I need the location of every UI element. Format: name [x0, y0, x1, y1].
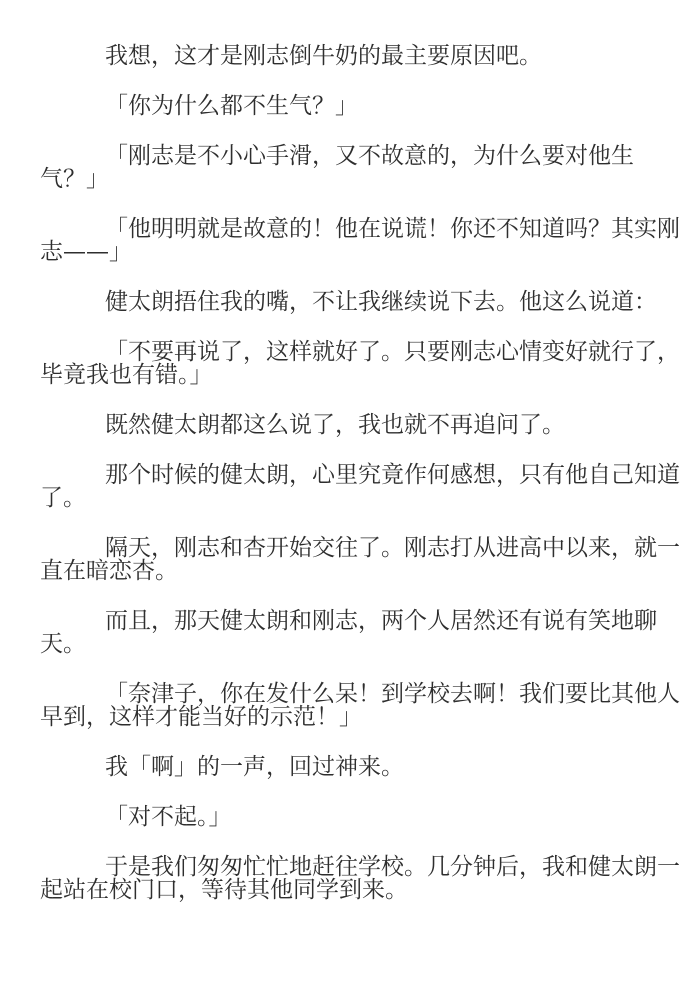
text-line: 我想，这才是刚志倒牛奶的最主要原因吧。	[40, 45, 648, 68]
text-line: 早到，这样才能当好的示范！」	[40, 706, 648, 729]
text-line: 我「啊」的一声，回过神来。	[40, 756, 648, 779]
paragraph: 既然健太朗都这么说了，我也就不再追问了。	[40, 414, 648, 437]
text-line: 毕竟我也有错。」	[40, 364, 648, 387]
text-line: 于是我们匆匆忙忙地赶往学校。几分钟后，我和健太朗一	[40, 856, 648, 879]
text-line: 气？」	[40, 168, 648, 191]
text-line: 起站在校门口，等待其他同学到来。	[40, 879, 648, 902]
text-line: 志——」	[40, 241, 648, 264]
text-line: 天。	[40, 633, 648, 656]
text-line: 那个时候的健太朗，心里究竟作何感想，只有他自己知道	[40, 464, 648, 487]
text-line: 既然健太朗都这么说了，我也就不再追问了。	[40, 414, 648, 437]
paragraph: 那个时候的健太朗，心里究竟作何感想，只有他自己知道 了。	[40, 464, 648, 510]
paragraph: 隔天，刚志和杏开始交往了。刚志打从进高中以来，就一 直在暗恋杏。	[40, 537, 648, 583]
text-line: 隔天，刚志和杏开始交往了。刚志打从进高中以来，就一	[40, 537, 648, 560]
paragraph: 「你为什么都不生气？」	[40, 95, 648, 118]
text-line: 「对不起。」	[40, 806, 648, 829]
book-page: 我想，这才是刚志倒牛奶的最主要原因吧。 「你为什么都不生气？」 「刚志是不小心手…	[0, 0, 700, 992]
text-line: 「不要再说了，这样就好了。只要刚志心情变好就行了，	[40, 341, 648, 364]
paragraph: 我想，这才是刚志倒牛奶的最主要原因吧。	[40, 45, 648, 68]
text-line: 而且，那天健太朗和刚志，两个人居然还有说有笑地聊	[40, 610, 648, 633]
text-line: 「奈津子，你在发什么呆！到学校去啊！我们要比其他人	[40, 683, 648, 706]
text-line: 「你为什么都不生气？」	[40, 95, 648, 118]
paragraph: 「不要再说了，这样就好了。只要刚志心情变好就行了， 毕竟我也有错。」	[40, 341, 648, 387]
paragraph: 「刚志是不小心手滑，又不故意的，为什么要对他生 气？」	[40, 145, 648, 191]
text-line: 「刚志是不小心手滑，又不故意的，为什么要对他生	[40, 145, 648, 168]
text-line: 直在暗恋杏。	[40, 560, 648, 583]
text-line: 「他明明就是故意的！他在说谎！你还不知道吗？其实刚	[40, 218, 648, 241]
text-line: 了。	[40, 487, 648, 510]
paragraph: 「他明明就是故意的！他在说谎！你还不知道吗？其实刚 志——」	[40, 218, 648, 264]
paragraph: 于是我们匆匆忙忙地赶往学校。几分钟后，我和健太朗一 起站在校门口，等待其他同学到…	[40, 856, 648, 902]
paragraph: 而且，那天健太朗和刚志，两个人居然还有说有笑地聊 天。	[40, 610, 648, 656]
text-line: 健太朗捂住我的嘴，不让我继续说下去。他这么说道：	[40, 291, 648, 314]
paragraph: 「对不起。」	[40, 806, 648, 829]
paragraph: 健太朗捂住我的嘴，不让我继续说下去。他这么说道：	[40, 291, 648, 314]
paragraph: 我「啊」的一声，回过神来。	[40, 756, 648, 779]
paragraph: 「奈津子，你在发什么呆！到学校去啊！我们要比其他人 早到，这样才能当好的示范！」	[40, 683, 648, 729]
